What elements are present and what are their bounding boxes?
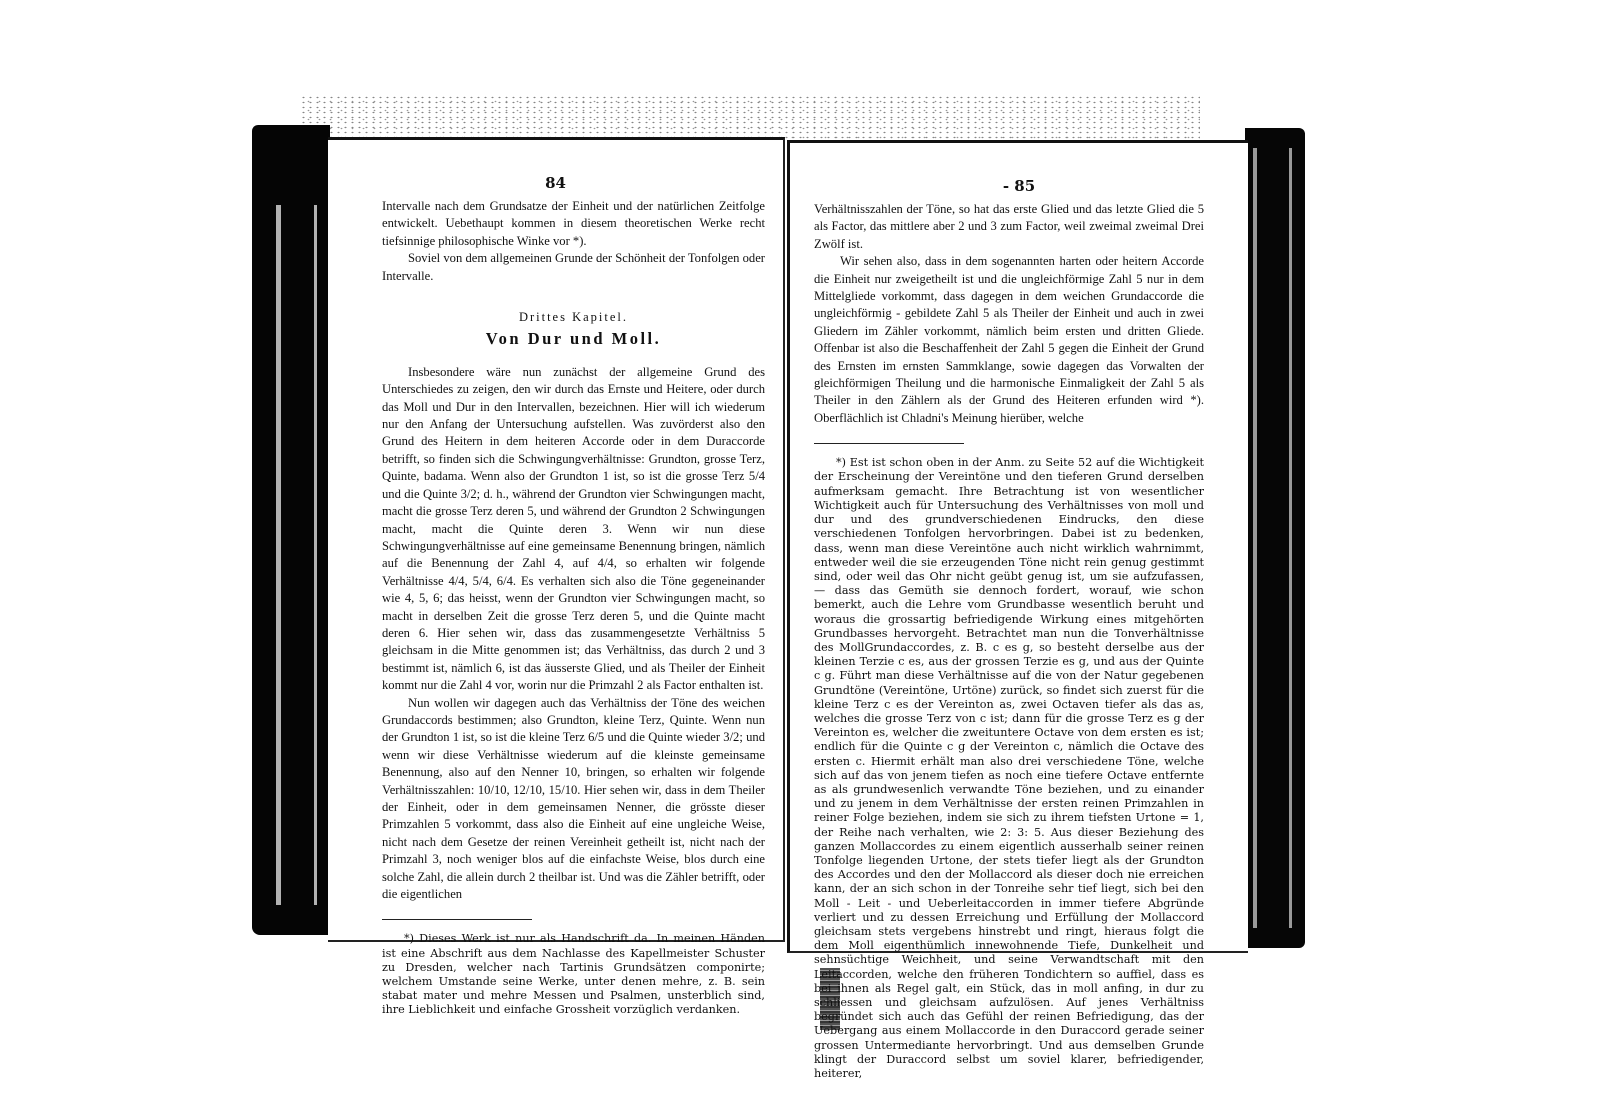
- scan-noise: [300, 95, 1200, 140]
- chapter-label: Drittes Kapitel.: [382, 309, 765, 326]
- cover-highlight: [1289, 148, 1292, 928]
- left-page: 84 Intervalle nach dem Grundsatze der Ei…: [328, 137, 785, 942]
- page-number: - 85: [790, 177, 1248, 195]
- paragraph: Verhältnisszahlen der Töne, so hat das e…: [814, 201, 1204, 253]
- cover-highlight: [276, 205, 281, 905]
- footnote-divider: [814, 443, 964, 444]
- footnote: *) Dieses Werk ist nur als Handschrift d…: [382, 932, 765, 1017]
- paragraph: Insbesondere wäre nun zunächst der allge…: [382, 364, 765, 695]
- footnote: *) Est ist schon oben in der Anm. zu Sei…: [814, 456, 1204, 1081]
- paragraph: Soviel von dem allgemeinen Grunde der Sc…: [382, 250, 765, 285]
- page-number: 84: [328, 174, 783, 192]
- footnote-section: *) Est ist schon oben in der Anm. zu Sei…: [814, 443, 1204, 1081]
- book-cover-left-edge: [252, 125, 330, 935]
- footnote-section: *) Dieses Werk ist nur als Handschrift d…: [382, 919, 765, 1017]
- paragraph: Wir sehen also, dass in dem sogenannten …: [814, 253, 1204, 427]
- chapter-title: Von Dur und Moll.: [382, 330, 765, 347]
- page-body: Verhältnisszahlen der Töne, so hat das e…: [814, 201, 1204, 427]
- paragraph: Nun wollen wir dagegen auch das Verhältn…: [382, 695, 765, 904]
- cover-highlight: [314, 205, 317, 905]
- cover-highlight: [1253, 148, 1257, 928]
- footnote-divider: [382, 919, 532, 920]
- right-page: - 85 Verhältnisszahlen der Töne, so hat …: [787, 140, 1248, 953]
- page-body: Intervalle nach dem Grundsatze der Einhe…: [382, 198, 765, 903]
- book-cover-right-edge: [1245, 128, 1305, 948]
- paragraph: Intervalle nach dem Grundsatze der Einhe…: [382, 198, 765, 250]
